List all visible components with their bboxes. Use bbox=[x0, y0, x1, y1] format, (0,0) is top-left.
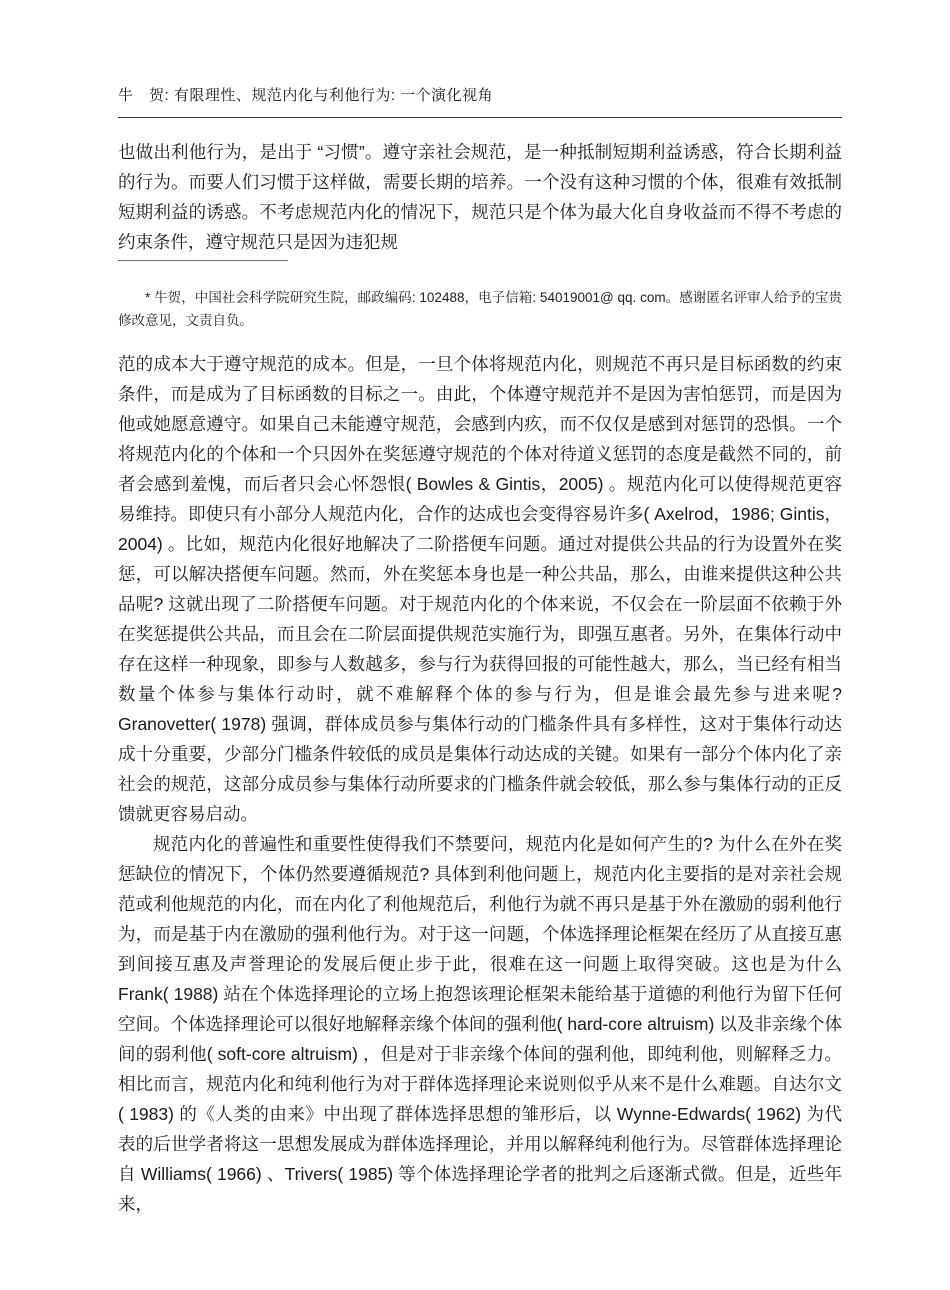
paragraph-body-1: 范的成本大于遵守规范的成本。但是，一旦个体将规范内化，则规范不再只是目标函数的约… bbox=[118, 349, 842, 829]
header-rule bbox=[118, 117, 842, 118]
paragraph-body-2: 规范内化的普遍性和重要性使得我们不禁要问，规范内化是如何产生的? 为什么在外在奖… bbox=[118, 829, 842, 1219]
footnote-author-note: * 牛贺，中国社会科学院研究生院，邮政编码: 102488，电子信箱: 5401… bbox=[118, 286, 842, 332]
running-head: 牛 贺: 有限理性、规范内化与利他行为: 一个演化视角 bbox=[118, 86, 842, 106]
text-column: 牛 贺: 有限理性、规范内化与利他行为: 一个演化视角 也做出利他行为，是出于 … bbox=[0, 0, 950, 1259]
document-page: 牛 贺: 有限理性、规范内化与利他行为: 一个演化视角 也做出利他行为，是出于 … bbox=[0, 0, 950, 1290]
paragraph-continuation: 也做出利他行为，是出于 “习惯”。遵守亲社会规范，是一种抵制短期利益诱惑，符合长… bbox=[118, 137, 842, 257]
footnote-separator-rule bbox=[118, 260, 288, 261]
